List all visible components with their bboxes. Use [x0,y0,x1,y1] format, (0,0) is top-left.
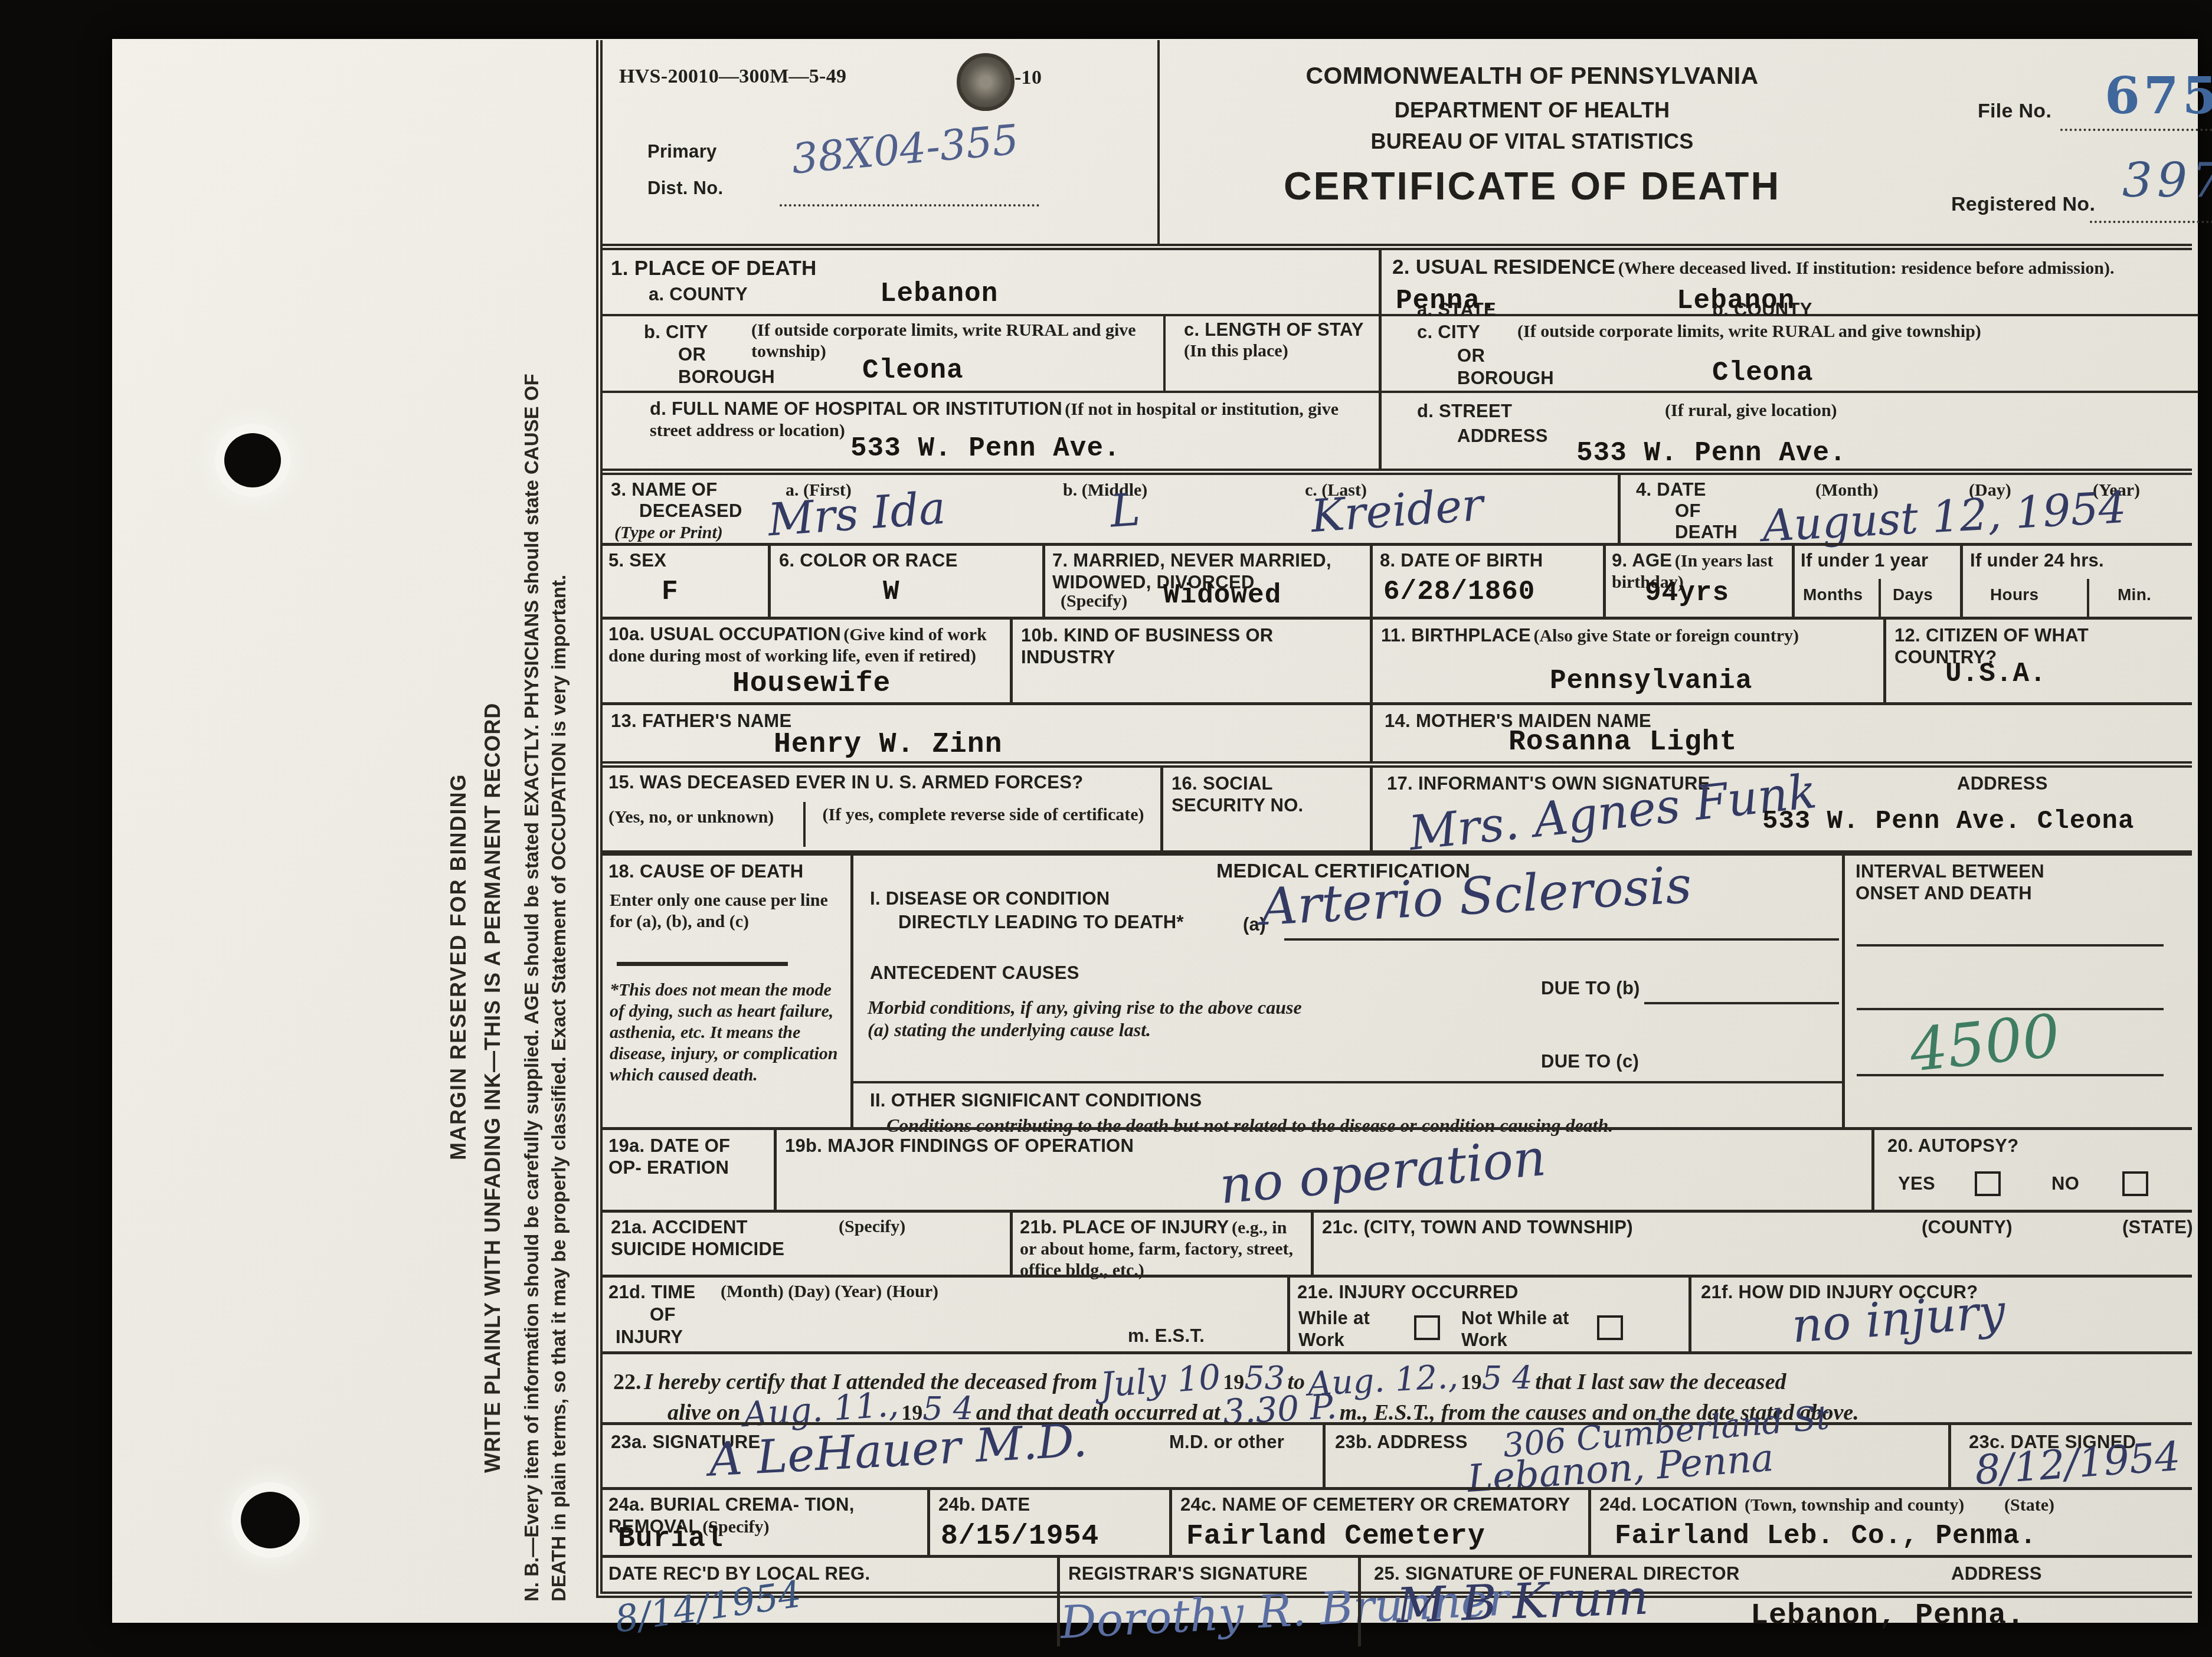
section-25-funeral-director: 25. SIGNATURE OF FUNERAL DIRECTOR ADDRES… [1358,1558,2198,1646]
s20-no-label: NO [2051,1173,2079,1194]
section-3-name: 3. NAME OF DECEASED (Type or Print) a. (… [603,475,1618,543]
s2-hint: (Where deceased lived. If institution: r… [1618,258,2115,278]
s11-hint: (Also give State or foreign country) [1533,626,1799,646]
s21c-state: (STATE) [2122,1216,2193,1238]
s18-due-b: DUE TO (b) [1541,977,1640,999]
file-no-label: File No. [1978,99,2051,123]
section-6-color-race: 6. COLOR OR RACE W [768,546,1042,617]
section-18-sidebar: 18. CAUSE OF DEATH Enter only one cause … [603,856,850,1127]
s10a-label: 10a. USUAL OCCUPATION [608,624,841,644]
seal-suffix: -10 [1015,66,1042,90]
section-17-informant: 17. INFORMANT'S OWN SIGNATURE ADDRESS Mr… [1370,768,2198,850]
s2a-value: Penna. [1396,286,1497,316]
s1d-label: d. FULL NAME OF HOSPITAL OR INSTITUTION [650,398,1062,419]
s18-side2: *This does not mean the mode of dying, s… [610,980,843,1086]
section-18-interval: INTERVAL BETWEENONSET AND DEATH 4500 [1842,856,2198,1127]
s18-ii: II. OTHER SIGNIFICANT CONDITIONS [870,1089,1202,1111]
s24d-hint1: (Town, township and county) [1745,1495,1964,1516]
s4-label1: 4. DATE [1636,479,1706,500]
s21b-label-block: 21b. PLACE OF INJURY (e.g., in or about … [1020,1216,1297,1281]
s3-label1: 3. NAME OF [611,479,717,500]
s22-n3: 19 [901,1401,922,1425]
s18-interval-label: INTERVAL BETWEENONSET AND DEATH [1856,860,2186,904]
primary-dist-label-2: Dist. No. [647,177,723,199]
s3-last-value: Kreider [1310,482,1485,539]
s18-interval-line1 [1857,944,2164,947]
registered-no-line [2090,221,2212,223]
s21f-value: no injury [1791,1288,2007,1350]
section-19a-date-of-operation: 19a. DATE OF OP- ERATION [603,1130,774,1210]
s17-addr-label: ADDRESS [1957,772,2048,794]
s3-sub: (Type or Print) [614,522,723,543]
s1c-label-block: c. LENGTH OF STAY (In this place) [1184,319,1373,362]
s2c-value: Cleona [1712,358,1814,388]
section-9-under-24-hrs: If under 24 hrs. Hours Min. [1960,546,2198,617]
section-21b-place-of-injury: 21b. PLACE OF INJURY (e.g., in or about … [1010,1213,1311,1275]
while-at-work-checkbox [1414,1315,1440,1340]
s2d-label2: ADDRESS [1457,425,1548,447]
row-place-residence: 1. PLACE OF DEATH a. COUNTY Lebanon b. C… [603,244,2192,469]
row-registrar: DATE REC'D BY LOCAL REG. 8/14/1954 REGIS… [603,1555,2192,1646]
s23a-signature-value: A LeHauer M.D. [708,1417,1088,1483]
s4-label2: OF [1675,500,1701,522]
header-center: COMMONWEALTH OF PENNSYLVANIA DEPARTMENT … [1163,40,1901,209]
section-21d-time-of-injury: 21d. TIME (Month) (Day) (Year) (Hour) OF… [603,1278,1287,1351]
s2c-or: OR [1457,345,1485,366]
row-cause-of-death: 18. CAUSE OF DEATH Enter only one cause … [603,850,2192,1127]
s9-u24-label: If under 24 hrs. [1970,549,2194,571]
s11-label: 11. BIRTHPLACE [1381,625,1531,646]
file-no-value: 67535 [2105,71,2212,122]
section-12-citizen: 12. CITIZEN OF WHAT COUNTRY? U.S.A. [1883,620,2198,702]
form-header: HVS-20010—300M—5-49 -10 Primary Dist. No… [603,40,2192,244]
s6-value: W [883,577,900,607]
s22-p4: alive on [667,1400,740,1425]
s22-n2: 19 [1461,1370,1482,1394]
s24a-value: Burial [618,1523,724,1555]
org-line-1: COMMONWEALTH OF PENNSYLVANIA [1163,61,1901,90]
s3-label2: DECEASED [639,500,742,522]
section-21f-how-injury: 21f. HOW DID INJURY OCCUR? no injury [1689,1278,2198,1351]
s24c-label: 24c. NAME OF CEMETERY OR CREMATORY [1180,1494,1570,1515]
s2-title-block: 2. USUAL RESIDENCE (Where deceased lived… [1392,255,2189,280]
s21d-label1: 21d. TIME [608,1281,695,1303]
margin-note-nb-2: DEATH in plain terms, so that it may be … [548,575,570,1602]
row-certify-statement: 22. I hereby certify that I attended the… [603,1351,2192,1422]
primary-dist-label-1: Primary [647,140,717,162]
s1-title: 1. PLACE OF DEATH [611,256,817,281]
s1b-value: Cleona [862,355,964,386]
s2c-hint: (If outside corporate limits, write RURA… [1517,321,2167,342]
s9-days-label: Days [1893,585,1933,605]
s9-hours-label: Hours [1990,585,2038,605]
s6-label: 6. COLOR OR RACE [779,549,958,571]
s21c-county: (COUNTY) [1922,1216,2013,1238]
s13-label: 13. FATHER'S NAME [611,710,791,732]
org-line-2: DEPARTMENT OF HEALTH [1163,97,1901,123]
s15-label: 15. WAS DECEASED EVER IN U. S. ARMED FOR… [608,771,1146,793]
s2-title: 2. USUAL RESIDENCE [1392,256,1615,279]
s25-address: Lebanon, Penna. [1750,1599,2025,1633]
s9-value: 94yrs [1645,578,1729,608]
row-physician: 23a. SIGNATURE A LeHauer M.D. M.D. or ot… [603,1422,2192,1487]
s19a-label: 19a. DATE OF OP- ERATION [608,1135,762,1178]
s1a-label: a. COUNTY [649,283,748,305]
section-9-under-1-year: If under 1 year Months Days [1792,546,1960,617]
s5-value: F [662,577,679,607]
section-4-date-of-death: 4. DATE OF DEATH (Month) (Day) (Year) Au… [1618,475,2198,543]
s11-label-block: 11. BIRTHPLACE (Also give State or forei… [1381,624,1871,647]
section-19b-findings: 19b. MAJOR FINDINGS OF OPERATION no oper… [774,1130,1871,1210]
s24b-label: 24b. DATE [938,1494,1030,1515]
s23b-label: 23b. ADDRESS [1335,1431,1468,1453]
s10a-label-block: 10a. USUAL OCCUPATION (Give kind of work… [608,623,998,667]
s2c-label: c. CITY [1417,321,1480,343]
s24d-label: 24d. LOCATION [1599,1494,1737,1515]
s15-hint2: (If yes, complete reverse side of certif… [818,804,1148,826]
s15-hint1: (Yes, no, or unknown) [608,807,774,828]
s1a-value: Lebanon [880,279,998,309]
s21a-label: 21a. ACCIDENT SUICIDE HOMICIDE [611,1216,788,1260]
s9-min-label: Min. [2118,585,2151,605]
s1c-hint: (In this place) [1184,341,1288,361]
s18-sidebar-rule [617,962,788,966]
section-23a-signature: 23a. SIGNATURE A LeHauer M.D. M.D. or ot… [603,1425,1323,1487]
row-parents: 13. FATHER'S NAME Henry W. Zinn 14. MOTH… [603,702,2192,761]
s18-label: 18. CAUSE OF DEATH [608,860,803,882]
section-18-medical-certification: MEDICAL CERTIFICATION I. DISEASE OR COND… [850,856,1842,1127]
scanned-death-certificate: MARGIN RESERVED FOR BINDING WRITE PLAINL… [0,0,2212,1657]
s4-label3: DEATH [1675,521,1737,543]
section-date-recd: DATE REC'D BY LOCAL REG. 8/14/1954 [603,1558,1057,1646]
s18-morbid: Morbid conditions, if any, giving rise t… [868,996,1328,1042]
s2d-hint: (If rural, give location) [1665,400,1837,421]
s24b-value: 8/15/1954 [941,1521,1099,1553]
page-title: CERTIFICATE OF DEATH [1163,163,1901,209]
s18-b-line [1644,1002,1839,1004]
section-23b-address: 23b. ADDRESS 306 Cumberland St Lebanon, … [1323,1425,1948,1487]
s10b-label: 10b. KIND OF BUSINESS OR INDUSTRY [1021,624,1352,668]
autopsy-no-checkbox [2122,1171,2148,1196]
s21e-w2-label: Not While at Work [1461,1307,1585,1351]
s18-due-c: DUE TO (c) [1541,1050,1639,1072]
printers-union-seal [957,53,1015,111]
section-7-marital: 7. MARRIED, NEVER MARRIED, WIDOWED, DIVO… [1042,546,1370,617]
s2d-value: 533 W. Penn Ave. [1576,438,1847,469]
punch-hole-top [224,433,281,487]
row-occupation: 10a. USUAL OCCUPATION (Give kind of work… [603,617,2192,702]
row-demographics: 5. SEX F 6. COLOR OR RACE W 7. MARRIED, … [603,543,2192,617]
margin-note-nb-1: N. B.—Every item of information should b… [521,374,543,1602]
section-11-birthplace: 11. BIRTHPLACE (Also give State or forei… [1370,620,1883,702]
row-burial: 24a. BURIAL CREMA- TION, REMOVAL (Specif… [603,1487,2192,1555]
section-24c-cemetery: 24c. NAME OF CEMETERY OR CREMATORY Fairl… [1169,1490,1588,1555]
s19b-label: 19b. MAJOR FINDINGS OF OPERATION [785,1135,1134,1157]
row-forces-informant: 15. WAS DECEASED EVER IN U. S. ARMED FOR… [603,761,2192,850]
autopsy-yes-checkbox [1975,1171,2001,1196]
s21b-label: 21b. PLACE OF INJURY [1020,1217,1229,1237]
s24c-value: Fairland Cemetery [1186,1521,1485,1553]
section-10b-business: 10b. KIND OF BUSINESS OR INDUSTRY [1010,620,1370,702]
primary-dist-line [780,204,1039,207]
s22-n1: 19 [1223,1370,1244,1394]
section-10a-occupation: 10a. USUAL OCCUPATION (Give kind of work… [603,620,1010,702]
s21e-label: 21e. INJURY OCCURRED [1297,1281,1519,1303]
s8-label: 8. DATE OF BIRTH [1380,549,1604,571]
section-24a-burial: 24a. BURIAL CREMA- TION, REMOVAL (Specif… [603,1490,927,1555]
row-operation-autopsy: 19a. DATE OF OP- ERATION 19b. MAJOR FIND… [603,1127,2192,1210]
registered-no-value: 397 [2122,157,2212,204]
s1b-label: b. CITY [644,321,708,343]
certificate-paper: MARGIN RESERVED FOR BINDING WRITE PLAINL… [112,39,2198,1623]
registrar-label: REGISTRAR'S SIGNATURE [1068,1563,1308,1584]
row-injury-details: 21d. TIME (Month) (Day) (Year) (Hour) OF… [603,1275,2192,1351]
s21c-label: 21c. (CITY, TOWN AND TOWNSHIP) [1322,1216,1633,1238]
s21d-est: m. E.S.T. [1128,1325,1205,1347]
s9-months-label: Months [1803,585,1863,605]
section-21a-accident: 21a. ACCIDENT SUICIDE HOMICIDE (Specify) [603,1213,1010,1275]
s21d-hints: (Month) (Day) (Year) (Hour) [721,1281,938,1302]
section-9-age: 9. AGE (In years last birthday) 94yrs [1603,546,1792,617]
section-21c-city-county-state: 21c. (CITY, TOWN AND TOWNSHIP) (COUNTY) … [1311,1213,2198,1275]
s17-address: 533 W. Penn Ave. Cleona [1762,807,2134,836]
s20-yes-label: YES [1898,1173,1935,1194]
s24d-value: Fairland Leb. Co., Penma. [1615,1521,2037,1551]
s5-label: 5. SEX [608,549,666,571]
section-2-usual-residence: 2. USUAL RESIDENCE (Where deceased lived… [1379,250,2198,469]
s1c-label: c. LENGTH OF STAY [1184,319,1364,340]
section-24b-date: 24b. DATE 8/15/1954 [927,1490,1169,1555]
section-15-armed-forces: 15. WAS DECEASED EVER IN U. S. ARMED FOR… [603,768,1160,850]
s11-value: Pennsylvania [1550,666,1752,696]
s1b-or: OR [678,343,706,365]
s19b-value: no operation [1218,1132,1547,1211]
margin-note-binding: MARGIN RESERVED FOR BINDING [446,774,471,1160]
s7-value: Widowed [1163,580,1281,611]
registered-no-label: Registered No. [1951,192,2095,217]
s18-a-line [1284,938,1839,941]
s13-value: Henry W. Zinn [774,729,1002,761]
header-divider [1157,40,1160,244]
section-registrar-signature: REGISTRAR'S SIGNATURE Dorothy R. Brunner [1057,1558,1358,1646]
s18-green-note: 4500 [1907,1006,2063,1080]
s24d-hint2: (State) [2004,1495,2054,1516]
s2c-borough: BOROUGH [1457,367,1554,389]
file-no-line [2060,129,2212,131]
primary-dist-value: 38X04-355 [790,119,1020,179]
s18-antecedent: ANTECEDENT CAUSES [870,962,1079,984]
s2d-label: d. STREET [1417,400,1512,422]
not-while-at-work-checkbox [1597,1315,1623,1340]
s21d-label3: INJURY [616,1326,683,1348]
row-name-dateofdeath: 3. NAME OF DECEASED (Type or Print) a. (… [603,469,2192,543]
s18-i1: I. DISEASE OR CONDITION [870,888,1110,909]
form-number: HVS-20010—300M—5-49 [619,65,846,89]
section-8-date-of-birth: 8. DATE OF BIRTH 6/28/1860 [1370,546,1603,617]
s18-i2: DIRECTLY LEADING TO DEATH* [898,911,1184,933]
section-16-ssn: 16. SOCIAL SECURITY NO. [1160,768,1370,850]
s22-num: 22. [613,1370,642,1394]
certificate-form: HVS-20010—300M—5-49 -10 Primary Dist. No… [596,40,2192,1598]
section-21e-injury-occurred: 21e. INJURY OCCURRED While at Work Not W… [1287,1278,1689,1351]
s21e-w1-label: While at Work [1298,1307,1405,1351]
s9-u1-label: If under 1 year [1801,549,1957,571]
margin-note-ink: WRITE PLAINLY WITH UNFADING INK—THIS IS … [480,703,505,1473]
punch-hole-bottom [241,1492,300,1548]
s23a-md-label: M.D. or other [1169,1431,1284,1453]
s23c-value: 8/12/1954 [1974,1437,2182,1491]
s25-addr-label: ADDRESS [1951,1563,2042,1584]
s8-value: 6/28/1860 [1383,577,1535,607]
s3-middle-value: L [1108,487,1141,533]
s12-value: U.S.A. [1945,659,2047,689]
s1d-value: 533 W. Penn Ave. [850,433,1121,464]
s9-label: 9. AGE [1612,550,1672,571]
s25-signature: M B Krum [1396,1574,1650,1631]
recd-value: 8/14/1954 [613,1576,803,1638]
s14-value: Rosanna Light [1509,726,1737,758]
s1b-borough: BOROUGH [678,366,775,388]
section-14-mother: 14. MOTHER'S MAIDEN NAME Rosanna Light [1370,705,2198,761]
section-20-autopsy: 20. AUTOPSY? YES NO [1871,1130,2198,1210]
certify-line-1: 22. I hereby certify that I attended the… [613,1360,1786,1395]
s20-label: 20. AUTOPSY? [1887,1135,2018,1157]
s10a-value: Housewife [732,668,891,700]
s3-first-value: Mrs Ida [767,486,947,543]
section-24d-location: 24d. LOCATION (Town, township and county… [1588,1490,2198,1555]
s21a-hint: (Specify) [839,1216,905,1237]
section-1-place-of-death: 1. PLACE OF DEATH a. COUNTY Lebanon b. C… [603,250,1379,469]
s18-side1: Enter only one cause per line for (a), (… [610,890,840,932]
s2b-value: Lebanon [1677,286,1795,316]
s16-label: 16. SOCIAL SECURITY NO. [1172,772,1360,816]
row-accident: 21a. ACCIDENT SUICIDE HOMICIDE (Specify)… [603,1210,2192,1275]
section-23c-date-signed: 23c. DATE SIGNED 8/12/1954 [1948,1425,2198,1487]
section-13-father: 13. FATHER'S NAME Henry W. Zinn [603,705,1370,761]
s21d-label2: OF [650,1304,676,1325]
section-5-sex: 5. SEX F [603,546,768,617]
org-line-3: BUREAU OF VITAL STATISTICS [1163,129,1901,154]
s7-hint: (Specify) [1061,591,1127,612]
